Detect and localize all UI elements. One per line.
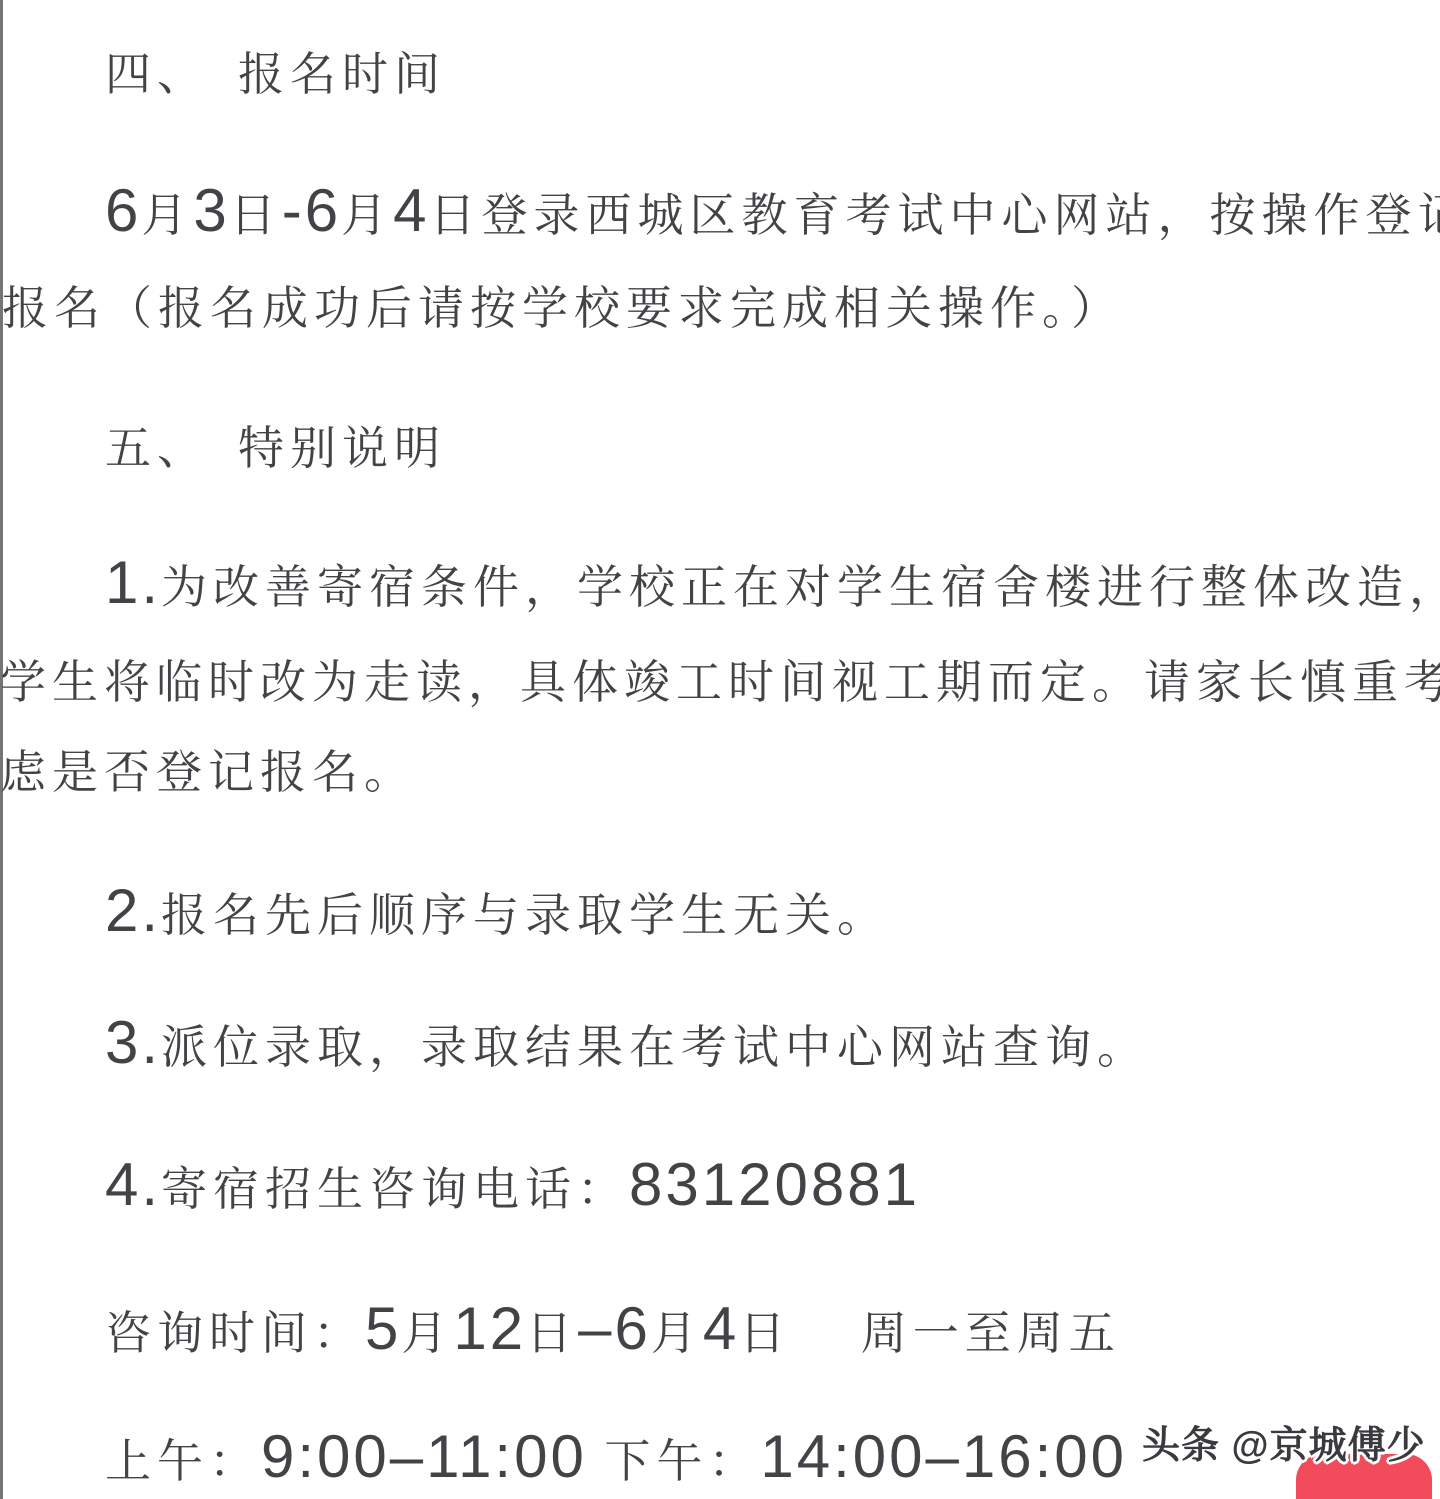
document-body: 四、 报名时间6月3日-6月4日登录西城区教育考试中心网站，按操作登记报名（报名… [0, 0, 1440, 1499]
cjk-text: 虑是否登记报名。 [0, 747, 416, 798]
numeric-text: 5 [365, 1295, 401, 1362]
special-note-2: 2.报名先后顺序与录取学生无关。 [105, 888, 889, 939]
cjk-text: 月 [651, 1308, 703, 1359]
cjk-text: 下午： [587, 1436, 761, 1487]
special-note-1-line-1: 1.为改善寄宿条件，学校正在对学生宿舍楼进行整体改造， [105, 560, 1440, 611]
cjk-text: 学生将临时改为走读，具体竣工时间视工期而定。请家长慎重考 [0, 657, 1440, 708]
section-heading-5: 五、 特别说明 [105, 426, 446, 472]
numeric-text: 83120881 [629, 1151, 920, 1218]
cjk-text: 月 [341, 190, 393, 241]
numeric-text: 9:00–11:00 [261, 1423, 587, 1490]
special-note-1-line-2: 学生将临时改为走读，具体竣工时间视工期而定。请家长慎重考 [0, 660, 1440, 706]
cjk-text: 为改善寄宿条件，学校正在对学生宿舍楼进行整体改造， [161, 562, 1440, 613]
numeric-text: 4 [393, 177, 429, 244]
cjk-text: 月 [141, 190, 193, 241]
special-note-4-phone: 4.寄宿招生咨询电话：83120881 [105, 1162, 920, 1213]
cjk-text: 五、 特别说明 [105, 423, 446, 474]
cjk-text: 月 [401, 1308, 453, 1359]
numeric-text: 3. [105, 1009, 161, 1076]
numeric-text: 6 [305, 177, 341, 244]
numeric-text: 4. [105, 1151, 161, 1218]
special-note-1-line-3: 虑是否登记报名。 [0, 750, 416, 796]
section-heading-4: 四、 报名时间 [105, 52, 446, 98]
numeric-text: - [282, 177, 305, 244]
cjk-text: 四、 报名时间 [105, 49, 446, 100]
cjk-text: 日 [230, 190, 282, 241]
numeric-text: – [578, 1295, 614, 1362]
special-note-3: 3.派位录取，录取结果在考试中心网站查询。 [105, 1020, 1149, 1071]
numeric-text: 6 [615, 1295, 651, 1362]
numeric-text: 6 [105, 177, 141, 244]
consult-hours-line: 上午：9:00–11:00 下午：14:00–16:00 [105, 1434, 1127, 1485]
cjk-text: 日登录西城区教育考试中心网站，按操作登记 [429, 190, 1440, 241]
numeric-text: 12 [453, 1295, 526, 1362]
registration-time-text-line-2: 报名（报名成功后请按学校要求完成相关操作。） [2, 286, 1123, 332]
cjk-text: 日 [526, 1308, 578, 1359]
watermark-text: 头条 @京城傅少 [1142, 1424, 1426, 1468]
numeric-text: 2. [105, 877, 161, 944]
cjk-text: 报名先后顺序与录取学生无关。 [161, 890, 889, 941]
numeric-text: 4 [703, 1295, 739, 1362]
numeric-text: 14:00–16:00 [760, 1423, 1127, 1490]
cjk-text: 咨询时间： [105, 1308, 365, 1359]
consult-time-line: 咨询时间：5月12日–6月4日 周一至周五 [105, 1306, 1121, 1357]
cjk-text: 寄宿招生咨询电话： [161, 1164, 629, 1215]
numeric-text: 1. [105, 549, 161, 616]
numeric-text: 3 [193, 177, 229, 244]
cjk-text: 派位录取，录取结果在考试中心网站查询。 [161, 1022, 1149, 1073]
cjk-text: 报名（报名成功后请按学校要求完成相关操作。） [2, 283, 1123, 334]
cjk-text: 上午： [105, 1436, 261, 1487]
registration-time-text-line-1: 6月3日-6月4日登录西城区教育考试中心网站，按操作登记 [105, 188, 1440, 239]
cjk-text: 日 周一至周五 [739, 1308, 1121, 1359]
